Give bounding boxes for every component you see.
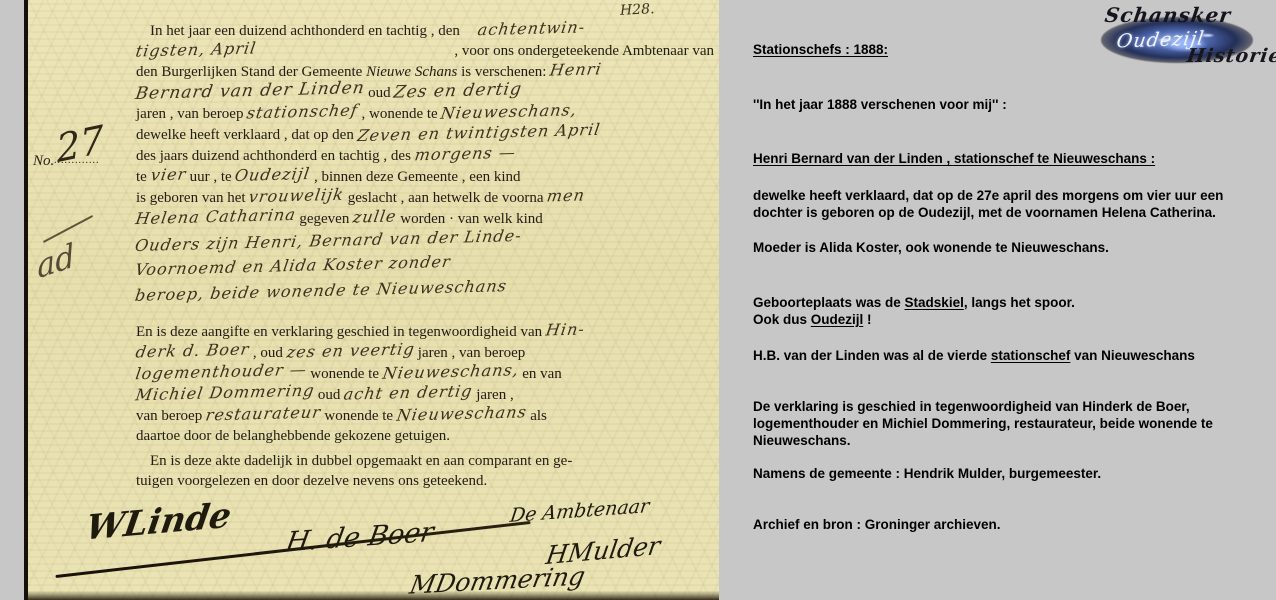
panel-subheading: Henri Bernard van der Linden , stationsc…	[753, 150, 1257, 167]
also-pre: Ook dus	[753, 312, 811, 327]
printed-text: des jaars duizend achthonderd en tachtig…	[136, 148, 415, 164]
handwritten-text: stationschef	[245, 101, 359, 124]
panel-paragraph-declaration: dewelke heeft verklaard, dat op de 27e a…	[753, 187, 1257, 221]
signature-de-boer: H. de Boer	[283, 517, 436, 559]
fourth-underlined: stationschef	[991, 348, 1071, 363]
handwritten-text: tigsten, April	[134, 38, 258, 61]
printed-text: als	[526, 408, 546, 424]
akte-line: logementhouder — wonende te Nieuweschans…	[136, 363, 714, 384]
akte-scan: H28. In het jaar een duizend achthonderd…	[24, 0, 719, 600]
akte-line: des jaars duizend achthonderd en tachtig…	[136, 145, 714, 166]
printed-text: dewelke heeft verklaard , dat op den	[136, 127, 358, 143]
printed-text: van beroep	[136, 408, 206, 424]
signature-van-der-linden: WLinde	[83, 495, 234, 548]
handwritten-text: Nieuweschans	[395, 402, 528, 425]
page: { "colors": { "page_bg": "#c7c7c7", "par…	[0, 0, 1276, 600]
akte-line: te vier uur , te Oudezijl , binnen deze …	[136, 166, 714, 187]
akte-line: Bernard van der Linden oud Zes en dertig	[136, 82, 714, 103]
birthplace-pre: Geboorteplaats was de	[753, 295, 905, 310]
handwritten-text: Hin-	[544, 319, 586, 340]
printed-text: Nieuwe Schans	[366, 64, 457, 80]
handwritten-text: Oudezijl	[234, 164, 312, 186]
also-post: !	[863, 312, 871, 327]
printed-text: oud	[364, 85, 394, 101]
akte-line: jaren , van beroep stationschef , wonend…	[136, 103, 714, 124]
handwritten-text: restaurateur	[204, 403, 322, 426]
printed-text: en van	[518, 366, 561, 382]
handwritten-text: Michiel Dommering	[134, 381, 316, 406]
panel-intro: ''In het jaar 1888 verschenen voor mij''…	[753, 96, 1257, 113]
handwritten-text: men	[546, 186, 587, 207]
logo-text-schansker: Schansker	[1103, 3, 1232, 27]
printed-text: wonende te	[307, 366, 383, 382]
akte-line: is geboren van het vrouwelijk geslacht ,…	[136, 187, 714, 208]
printed-text: In het jaar een duizend achthonderd en t…	[150, 23, 464, 39]
handwritten-text: vrouwelijk	[248, 185, 346, 207]
scan-bottom-edge	[28, 591, 719, 600]
printed-text: wonende te	[321, 408, 397, 424]
handwritten-text: Zes en dertig	[393, 79, 524, 102]
printed-text: jaren , van beroep	[414, 345, 525, 361]
birthplace-post: , langs het spoor.	[964, 295, 1075, 310]
printed-text: , binnen deze Gemeente , een kind	[310, 169, 520, 185]
fourth-pre: H.B. van der Linden was al de vierde	[753, 348, 991, 363]
panel-paragraph-source: Archief en bron : Groninger archieven.	[753, 516, 1257, 533]
akte-line: beroep, beide wonende te Nieuweschans	[136, 279, 714, 304]
printed-text: En is deze akte dadelijk in dubbel opgem…	[150, 453, 572, 469]
fourth-post: van Nieuweschans	[1070, 348, 1195, 363]
akte-lines: In het jaar een duizend achthonderd en t…	[136, 20, 714, 491]
printed-text: is verschenen:	[457, 64, 550, 80]
printed-text: jaren , van beroep	[136, 106, 247, 122]
handwritten-text: derk d. Boer	[134, 340, 251, 363]
printed-text: den Burgerlijken Stand der Gemeente	[136, 64, 366, 80]
printed-text: oud	[314, 387, 344, 403]
printed-text: , wonende te	[358, 106, 442, 122]
akte-line: van beroep restaurateur wonende te Nieuw…	[136, 405, 714, 426]
akte-line: En is deze aangifte en verklaring geschi…	[136, 321, 714, 342]
handwritten-text: Zeven en twintigsten April	[356, 120, 602, 146]
also-underlined: Oudezijl	[811, 312, 864, 327]
akte-line: tuigen voorgelezen en door dezelve neven…	[136, 471, 714, 491]
akte-line: In het jaar een duizend achthonderd en t…	[136, 20, 714, 41]
handwritten-text: Nieuweschans,	[381, 360, 520, 384]
panel-paragraph-also: Ook dus Oudezijl !	[753, 311, 1257, 328]
printed-text: daartoe door de belanghebbende gekozene …	[136, 428, 450, 444]
margin-no-text: No.	[33, 153, 54, 169]
printed-text: geslacht , aan hetwelk de voorna	[344, 190, 547, 206]
panel-paragraph-fourth-chief: H.B. van der Linden was al de vierde sta…	[753, 347, 1257, 364]
printed-text: jaren ,	[472, 387, 513, 403]
handwritten-text: Henri	[549, 59, 604, 80]
printed-text: gegeven	[296, 211, 353, 227]
panel-paragraph-witnesses: De verklaring is geschied in tegenwoordi…	[753, 398, 1257, 449]
printed-text: te	[136, 169, 151, 185]
printed-text: En is deze aangifte en verklaring geschi…	[136, 324, 546, 340]
handwritten-text: Helena Catharina	[134, 205, 297, 229]
panel-paragraph-mayor: Namens de gemeente : Hendrik Mulder, bur…	[753, 465, 1257, 482]
akte-line: En is deze akte dadelijk in dubbel opgem…	[136, 451, 714, 471]
akte-line: daartoe door de belanghebbende gekozene …	[136, 426, 714, 446]
birthplace-underlined: Stadskiel	[905, 295, 964, 310]
akte-line: derk d. Boer , oud zes en veertig jaren …	[136, 342, 714, 363]
printed-text: , voor ons ondergeteekende Ambtenaar van	[454, 41, 714, 61]
printed-text: is geboren van het	[136, 190, 249, 206]
akte-line: dewelke heeft verklaard , dat op den Zev…	[136, 124, 714, 145]
handwritten-text: achtentwin-	[462, 17, 586, 40]
handwritten-text: morgens —	[413, 143, 517, 166]
panel-paragraph-mother: Moeder is Alida Koster, ook wonende te N…	[753, 239, 1257, 256]
handwritten-text: zulle	[352, 206, 399, 227]
printed-text: tuigen voorgelezen en door dezelve neven…	[136, 473, 487, 489]
printed-text: , oud	[249, 345, 287, 361]
panel-heading: Stationschefs : 1888:	[753, 41, 1257, 58]
transcription-panel: Stationschefs : 1888: ''In het jaar 1888…	[753, 41, 1257, 533]
handwritten-text: Bernard van der Linden	[134, 78, 366, 104]
panel-paragraph-birthplace: Geboorteplaats was de Stadskiel, langs h…	[753, 294, 1257, 311]
akte-line: tigsten, April, voor ons ondergeteekende…	[136, 41, 714, 61]
handwritten-text: vier	[149, 165, 187, 186]
akte-top-annotation: H28.	[620, 1, 655, 19]
akte-line: Michiel Dommering oud acht en dertig jar…	[136, 384, 714, 405]
handwritten-text: acht en dertig	[342, 381, 474, 404]
printed-text: uur , te	[186, 169, 236, 185]
akte-line: den Burgerlijken Stand der Gemeente Nieu…	[136, 61, 714, 82]
